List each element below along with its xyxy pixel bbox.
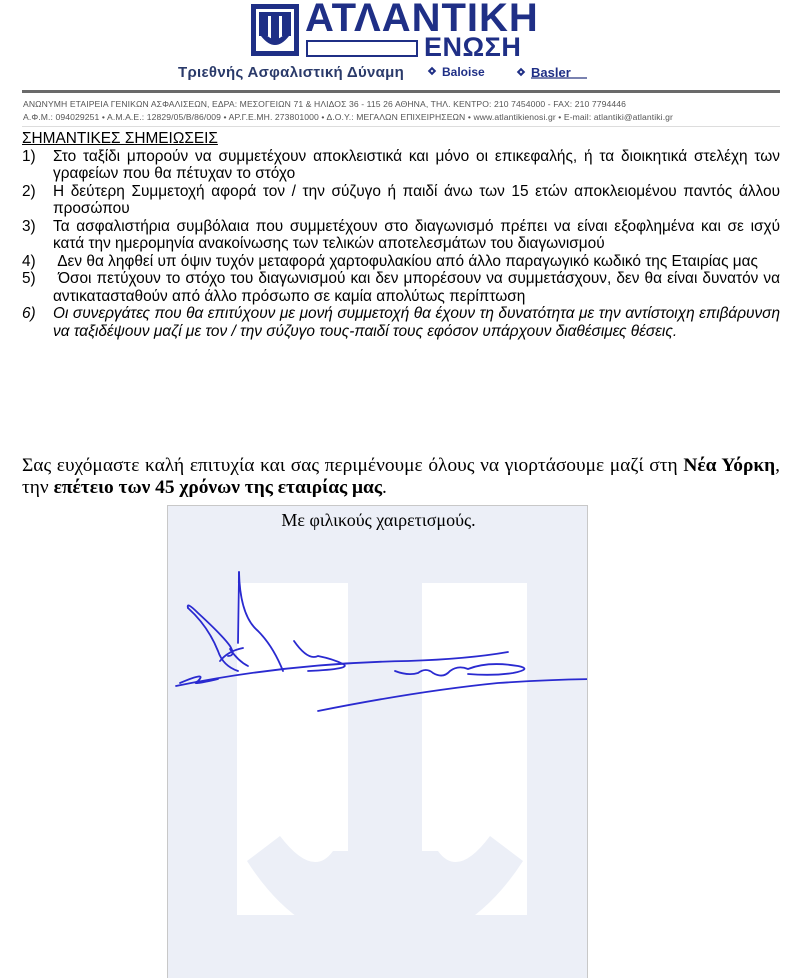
baloise-diamond-icon [428, 68, 440, 76]
partner-logo-baloise: Baloise [428, 65, 485, 79]
atlantiki-enosi-logo-icon [251, 4, 299, 56]
note-number: 1) [22, 148, 53, 183]
anniversary-text: επέτειο των 45 χρόνων της εταιρίας μας [54, 477, 382, 498]
note-number: 6) [22, 305, 53, 340]
closing-text: . [382, 477, 387, 498]
partner-name: Baloise [442, 65, 485, 79]
signature-greeting: Με φιλικούς χαιρετισμούς. [168, 510, 588, 531]
brand-name-secondary: ΕΝΩΣΗ [424, 33, 521, 61]
notes-title: ΣΗΜΑΝΤΙΚΕΣ ΣΗΜΕΙΩΣΕΙΣ [22, 130, 780, 148]
note-item: 5) Όσοι πετύχουν το στόχο του διαγωνισμο… [22, 270, 780, 305]
basler-subtext-decoration [531, 77, 587, 79]
note-text: Τα ασφαλιστήρια συμβόλαια που συμμετέχου… [53, 218, 780, 253]
note-number: 4) [22, 253, 53, 271]
company-info-divider [22, 126, 780, 127]
note-text: Οι συνεργάτες που θα επιτύχουν με μονή σ… [53, 305, 780, 340]
closing-paragraph: Σας ευχόμαστε καλή επιτυχία και σας περι… [22, 455, 780, 499]
basler-diamond-icon [517, 69, 529, 77]
tagline: Τριεθνής Ασφαλιστική Δύναμη [178, 64, 404, 81]
note-text: Η δεύτερη Συμμετοχή αφορά τον / την σύζυ… [53, 183, 780, 218]
header-divider [22, 90, 780, 93]
note-number: 2) [22, 183, 53, 218]
note-item: 1) Στο ταξίδι μπορούν να συμμετέχουν απο… [22, 148, 780, 183]
important-notes: ΣΗΜΑΝΤΙΚΕΣ ΣΗΜΕΙΩΣΕΙΣ 1) Στο ταξίδι μπορ… [22, 130, 780, 340]
destination-city: Νέα Υόρκη [683, 455, 775, 476]
note-item: 4) Δεν θα ληφθεί υπ όψιν τυχόν μεταφορά … [22, 253, 780, 271]
note-number: 3) [22, 218, 53, 253]
handwritten-signature-icon [168, 561, 588, 721]
brand-box-decoration [306, 40, 418, 57]
note-item: 3) Τα ασφαλιστήρια συμβόλαια που συμμετέ… [22, 218, 780, 253]
note-number: 5) [22, 270, 53, 305]
company-info-line: ΑΝΩΝΥΜΗ ΕΤΑΙΡΕΙΑ ΓΕΝΙΚΩΝ ΑΣΦΑΛΙΣΕΩΝ, ΕΔΡ… [23, 99, 783, 109]
note-text: Στο ταξίδι μπορούν να συμμετέχουν αποκλε… [53, 148, 780, 183]
note-text: Όσοι πετύχουν το στόχο του διαγωνισμού κ… [53, 270, 780, 305]
note-item: 6) Οι συνεργάτες που θα επιτύχουν με μον… [22, 305, 780, 340]
note-item: 2) Η δεύτερη Συμμετοχή αφορά τον / την σ… [22, 183, 780, 218]
company-registration-line: Α.Φ.Μ.: 094029251 • Α.Μ.Α.Ε.: 12829/05/Β… [23, 112, 783, 122]
closing-text: Σας ευχόμαστε καλή επιτυχία και σας περι… [22, 455, 683, 476]
signature-block: Με φιλικούς χαιρετισμούς. [167, 505, 588, 978]
partner-logo-basler: Basler [517, 65, 571, 80]
letterhead: ΑΤΛΑΝΤΙΚΗ ΕΝΩΣΗ Τριεθνής Ασφαλιστική Δύν… [0, 0, 800, 128]
note-text: Δεν θα ληφθεί υπ όψιν τυχόν μεταφορά χαρ… [53, 253, 780, 271]
